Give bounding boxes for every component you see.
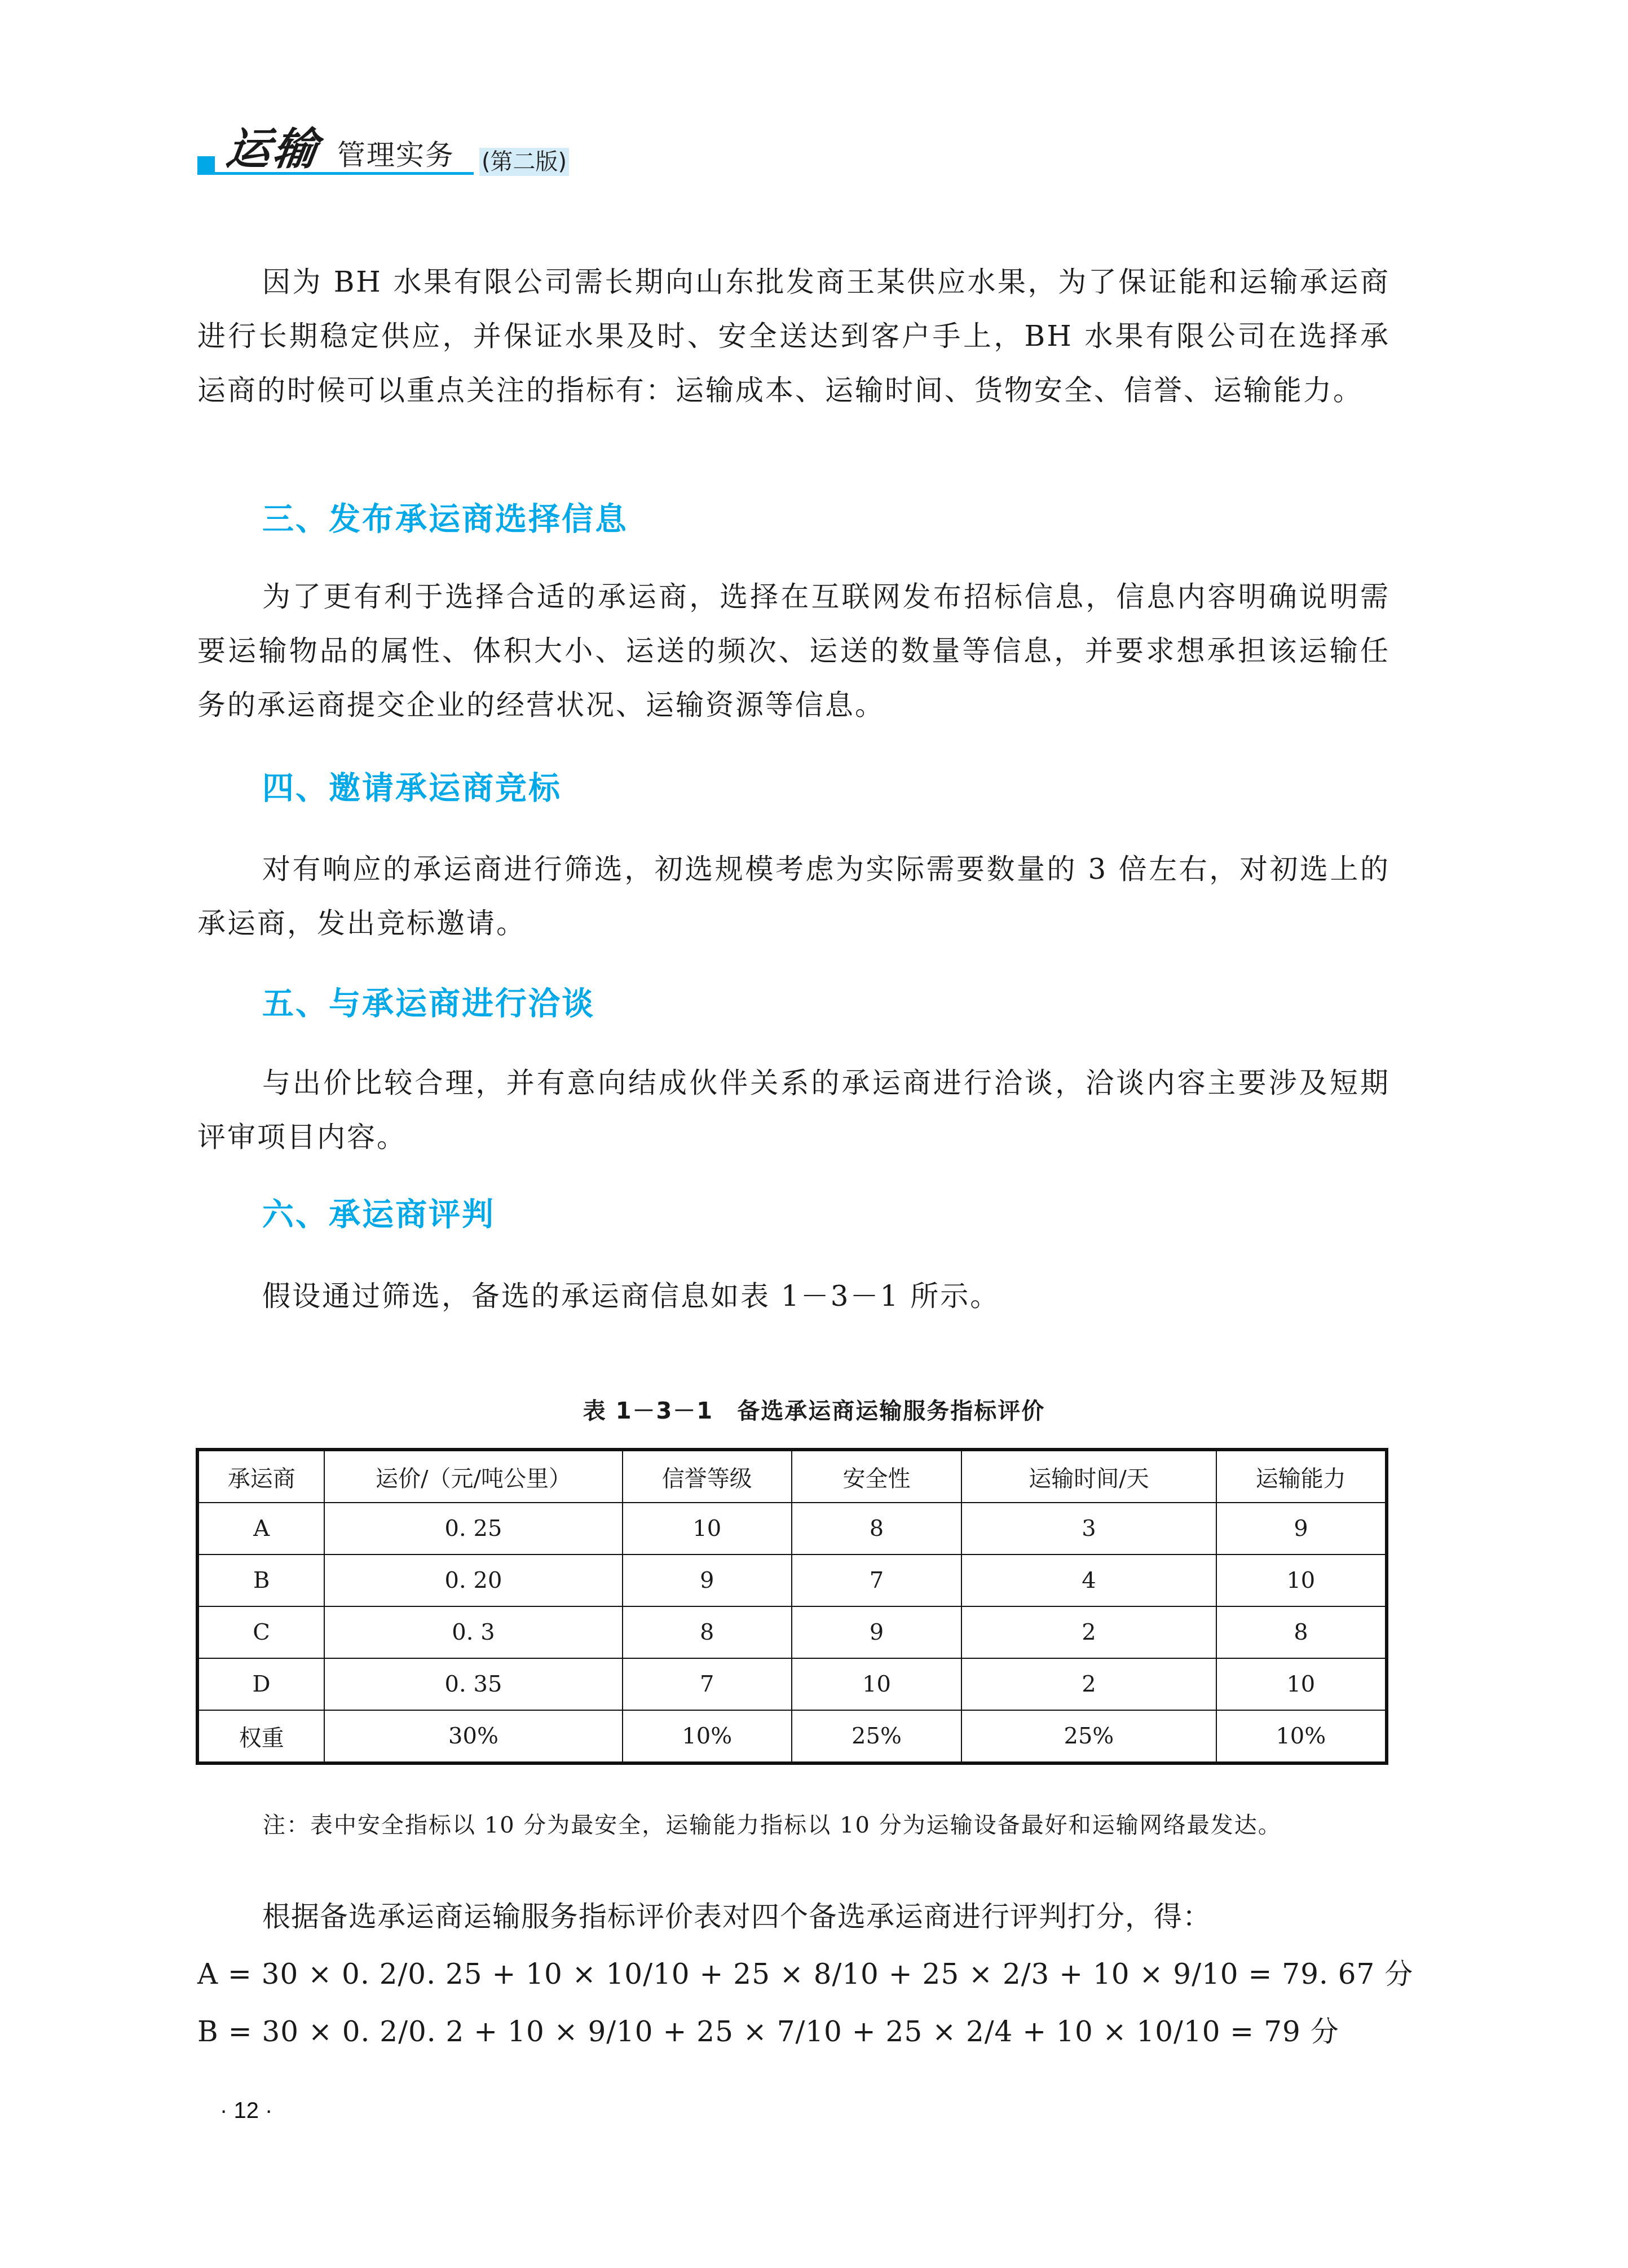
section-heading-6: 六、承运商评判 — [262, 1199, 495, 1231]
cell-weight-freight-rate: 30% — [324, 1710, 622, 1763]
formula-a: A = 30 × 0. 2/0. 25 + 10 × 10/10 + 25 × … — [197, 1957, 1413, 1991]
cell-safety: 8 — [792, 1503, 961, 1554]
cell-transit-time: 4 — [961, 1554, 1216, 1606]
cell-transit-time: 2 — [961, 1606, 1216, 1658]
cell-carrier: C — [197, 1606, 324, 1658]
header-subtitle: 管理实务 — [337, 141, 455, 169]
cell-credit-rating: 7 — [623, 1658, 792, 1710]
cell-weight-transit-time: 25% — [961, 1710, 1216, 1763]
table-row: C 0. 3 8 9 2 8 — [197, 1606, 1387, 1658]
cell-carrier: B — [197, 1554, 324, 1606]
cell-freight-rate: 0. 25 — [324, 1503, 622, 1554]
cell-freight-rate: 0. 35 — [324, 1658, 622, 1710]
cell-safety: 7 — [792, 1554, 961, 1606]
header-brand-calligraphy: 运输 — [224, 127, 323, 171]
formula-b: B = 30 × 0. 2/0. 2 + 10 × 9/10 + 25 × 7/… — [197, 2015, 1339, 2049]
table-header-row: 承运商 运价/（元/吨公里） 信誉等级 安全性 运输时间/天 运输能力 — [197, 1450, 1387, 1503]
cell-transit-time: 3 — [961, 1503, 1216, 1554]
header-edition-badge: (第二版) — [479, 148, 569, 176]
column-header-transit-time: 运输时间/天 — [961, 1450, 1216, 1503]
cell-capacity: 8 — [1216, 1606, 1387, 1658]
cell-capacity: 10 — [1216, 1658, 1387, 1710]
section-body-3: 为了更有利于选择合适的承运商，选择在互联网发布招标信息，信息内容明确说明需要运输… — [197, 570, 1390, 732]
section-body-6: 假设通过筛选，备选的承运商信息如表 1－3－1 所示。 — [197, 1269, 1390, 1323]
section-heading-5: 五、与承运商进行洽谈 — [262, 988, 595, 1020]
cell-safety: 9 — [792, 1606, 961, 1658]
carrier-evaluation-table: 承运商 运价/（元/吨公里） 信誉等级 安全性 运输时间/天 运输能力 A 0.… — [196, 1448, 1388, 1765]
section-heading-3: 三、发布承运商选择信息 — [262, 504, 628, 535]
column-header-credit-rating: 信誉等级 — [623, 1450, 792, 1503]
header-accent-square — [197, 156, 215, 173]
cell-weight-label: 权重 — [197, 1710, 324, 1763]
cell-carrier: A — [197, 1503, 324, 1554]
cell-weight-credit-rating: 10% — [623, 1710, 792, 1763]
column-header-carrier: 承运商 — [197, 1450, 324, 1503]
page-number: · 12 · — [220, 2099, 272, 2122]
column-header-safety: 安全性 — [792, 1450, 961, 1503]
table-caption: 表 1－3－1 备选承运商运输服务指标评价 — [0, 1398, 1628, 1425]
cell-weight-safety: 25% — [792, 1710, 961, 1763]
cell-capacity: 9 — [1216, 1503, 1387, 1554]
section-body-4: 对有响应的承运商进行筛选，初选规模考虑为实际需要数量的 3 倍左右，对初选上的承… — [197, 842, 1390, 950]
cell-freight-rate: 0. 3 — [324, 1606, 622, 1658]
cell-weight-capacity: 10% — [1216, 1710, 1387, 1763]
cell-carrier: D — [197, 1658, 324, 1710]
table-note: 注：表中安全指标以 10 分为最安全，运输能力指标以 10 分为运输设备最好和运… — [263, 1812, 1282, 1839]
table-row: D 0. 35 7 10 2 10 — [197, 1658, 1387, 1710]
table-row: B 0. 20 9 7 4 10 — [197, 1554, 1387, 1606]
cell-credit-rating: 8 — [623, 1606, 792, 1658]
cell-capacity: 10 — [1216, 1554, 1387, 1606]
table-row-weights: 权重 30% 10% 25% 25% 10% — [197, 1710, 1387, 1763]
section-heading-4: 四、邀请承运商竞标 — [262, 773, 562, 804]
scoring-intro: 根据备选承运商运输服务指标评价表对四个备选承运商进行评判打分，得： — [262, 1900, 1211, 1934]
cell-credit-rating: 10 — [623, 1503, 792, 1554]
cell-safety: 10 — [792, 1658, 961, 1710]
column-header-capacity: 运输能力 — [1216, 1450, 1387, 1503]
intro-paragraph: 因为 BH 水果有限公司需长期向山东批发商王某供应水果，为了保证能和运输承运商进… — [197, 255, 1390, 417]
section-body-5: 与出价比较合理，并有意向结成伙伴关系的承运商进行洽谈，洽谈内容主要涉及短期评审项… — [197, 1056, 1390, 1164]
cell-freight-rate: 0. 20 — [324, 1554, 622, 1606]
book-page: 运输 管理实务 (第二版) 因为 BH 水果有限公司需长期向山东批发商王某供应水… — [0, 0, 1628, 2268]
cell-transit-time: 2 — [961, 1658, 1216, 1710]
column-header-freight-rate: 运价/（元/吨公里） — [324, 1450, 622, 1503]
table-row: A 0. 25 10 8 3 9 — [197, 1503, 1387, 1554]
cell-credit-rating: 9 — [623, 1554, 792, 1606]
